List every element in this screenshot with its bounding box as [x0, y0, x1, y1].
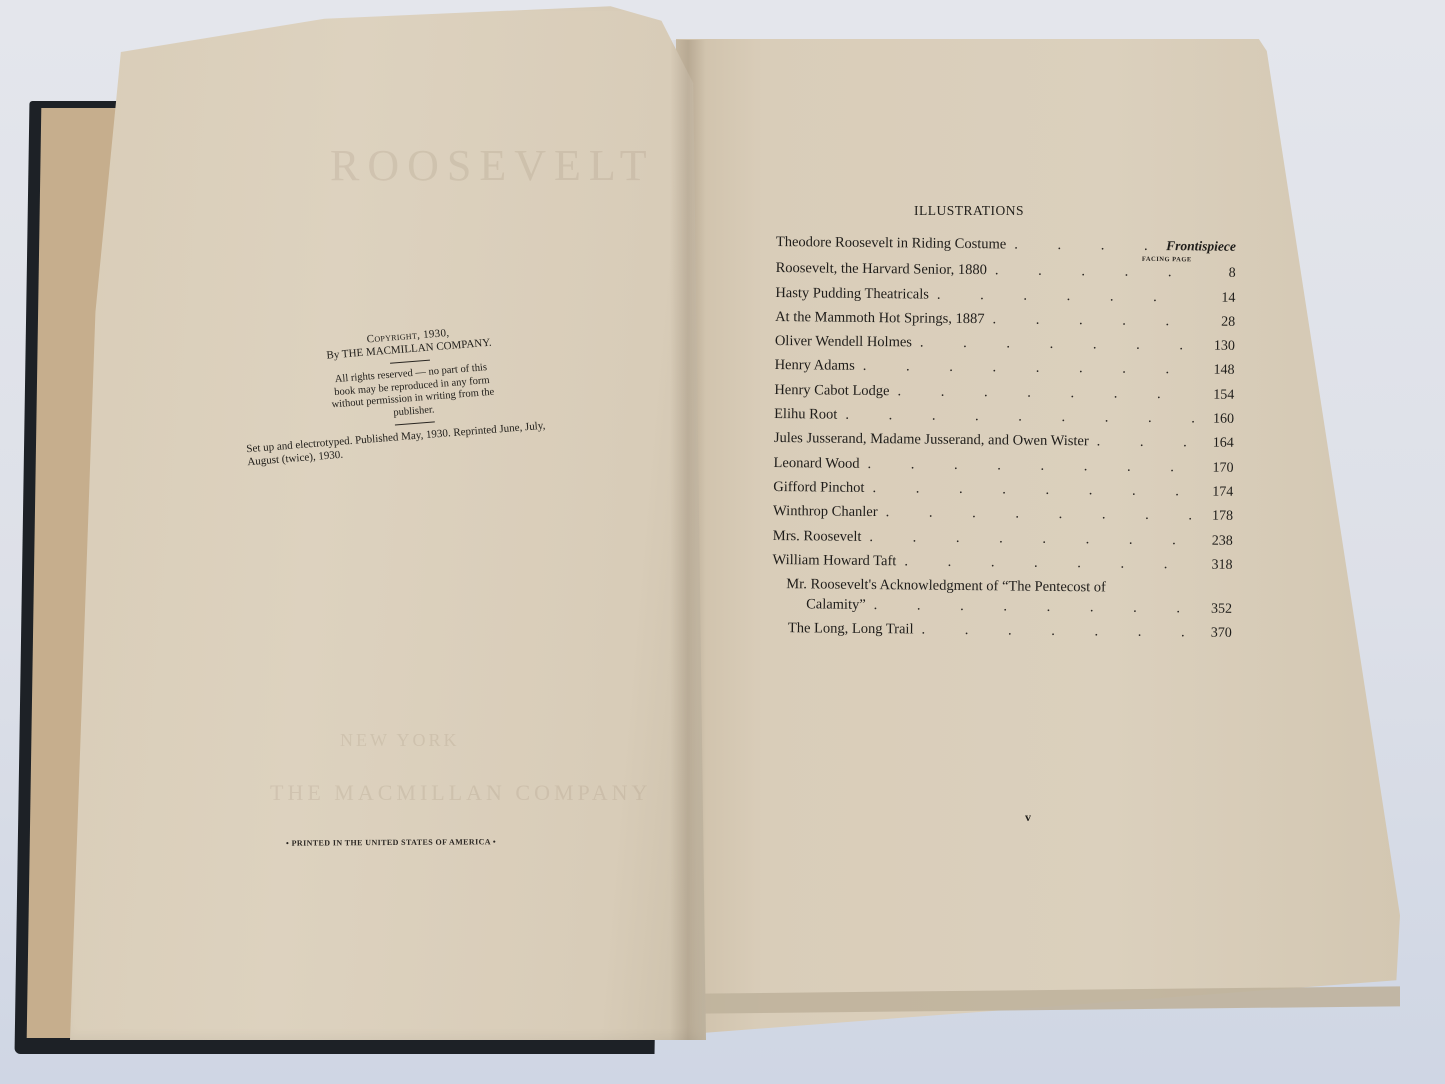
item-page: 130: [1195, 339, 1235, 355]
item-title-line1: Mr. Roosevelt's Acknowledgment of “The P…: [772, 576, 1106, 596]
item-title: Theodore Roosevelt in Riding Costume: [776, 234, 1007, 253]
item-page: 238: [1193, 533, 1233, 549]
dot-leader: . . . . . . . . . . . . . . . . . . . .: [984, 311, 1195, 330]
dot-leader: . . . . . . . . . . . . . . . . . . . .: [896, 553, 1192, 573]
copyright-block: Copyright, 1930, By THE MACMILLAN COMPAN…: [258, 318, 567, 467]
show-through-title: ROOSEVELT: [330, 140, 655, 191]
item-page: 178: [1193, 509, 1233, 525]
dot-leader: . . . . . . . . . . . . . . . . . . . .: [878, 504, 1194, 524]
gutter-shadow: [670, 40, 706, 1040]
item-title: Henry Cabot Lodge: [774, 382, 889, 400]
item-title: Elihu Root: [774, 406, 837, 424]
item-title: William Howard Taft: [772, 552, 896, 570]
item-title: Oliver Wendell Holmes: [775, 333, 912, 351]
item-page: 154: [1194, 387, 1234, 403]
dot-leader: . . . . . . . . . . . . . . . . . . . .: [855, 358, 1195, 379]
item-page: Frontispiece: [1156, 238, 1236, 255]
item-title: Mrs. Roosevelt: [773, 528, 862, 546]
item-title: The Long, Long Trail: [788, 621, 914, 639]
dot-leader: . . . . . . . . . . . . . . . . . . . .: [929, 286, 1196, 306]
divider-rule: [390, 360, 430, 364]
dot-leader: . . . . . . . . . . . . . . . . . . . .: [859, 456, 1193, 476]
item-page: 14: [1195, 290, 1235, 306]
dot-leader: . . . . . . . . . . . . . . . . . . . .: [987, 263, 1196, 282]
illustrations-heading: ILLUSTRATIONS: [914, 203, 1024, 219]
dot-leader: . . . . . . . . . . . . . . . . . . . .: [837, 407, 1194, 428]
dot-leader: . . . . . . . . . . . . . . . . . . . .: [889, 383, 1194, 403]
divider-rule: [395, 421, 435, 425]
item-title: Jules Jusserand, Madame Jusserand, and O…: [774, 430, 1089, 450]
item-title: Henry Adams: [775, 357, 855, 375]
item-page: 174: [1193, 484, 1233, 500]
item-page: 28: [1195, 314, 1235, 330]
item-page: 164: [1194, 436, 1234, 452]
dot-leader: . . . . . . . . . . . . . . . . . . . .: [912, 335, 1195, 355]
item-page: 318: [1192, 557, 1232, 573]
dot-leader: . . . . . . . . . . . . . . . . . . . .: [861, 528, 1193, 548]
dot-leader: . . . . . . . . . . . . . . . . . . . .: [1089, 434, 1194, 452]
dot-leader: . . . . . . . . . . . . . . . . . . . .: [866, 597, 1193, 617]
dot-leader: . . . . . . . . . . . . . . . . . . . .: [864, 480, 1193, 500]
list-item: Theodore Roosevelt in Riding Costume . .…: [776, 234, 1236, 263]
item-title: Leonard Wood: [774, 455, 860, 473]
item-title-line2: Calamity”: [772, 596, 866, 614]
illustrations-list: Theodore Roosevelt in Riding Costume . .…: [772, 234, 1236, 650]
list-item: The Long, Long Trail . . . . . . . . . .…: [772, 620, 1232, 649]
item-title: Hasty Pudding Theatricals: [775, 285, 929, 304]
item-page: 148: [1195, 363, 1235, 379]
dot-leader: . . . . . . . . . . . . . . . . . . . .: [1006, 236, 1156, 255]
rights-text: All rights reserved — no part of this bo…: [326, 361, 499, 424]
page-number: v: [1025, 810, 1031, 825]
item-page: 8: [1196, 266, 1236, 282]
item-page: 170: [1193, 460, 1233, 476]
dot-leader: . . . . . . . . . . . . . . . . . . . .: [913, 622, 1191, 642]
item-title: At the Mammoth Hot Springs, 1887: [775, 309, 985, 328]
printed-in-line: • PRINTED IN THE UNITED STATES OF AMERIC…: [286, 837, 496, 847]
item-page: 370: [1192, 626, 1232, 642]
item-title: Winthrop Chanler: [773, 503, 878, 521]
item-page: 352: [1192, 602, 1232, 618]
item-page: 160: [1194, 411, 1234, 427]
item-title: Roosevelt, the Harvard Senior, 1880: [776, 260, 987, 279]
show-through-city: NEW YORK: [340, 730, 460, 751]
show-through-publisher: THE MACMILLAN COMPANY: [270, 780, 651, 806]
item-title: Gifford Pinchot: [773, 479, 864, 497]
